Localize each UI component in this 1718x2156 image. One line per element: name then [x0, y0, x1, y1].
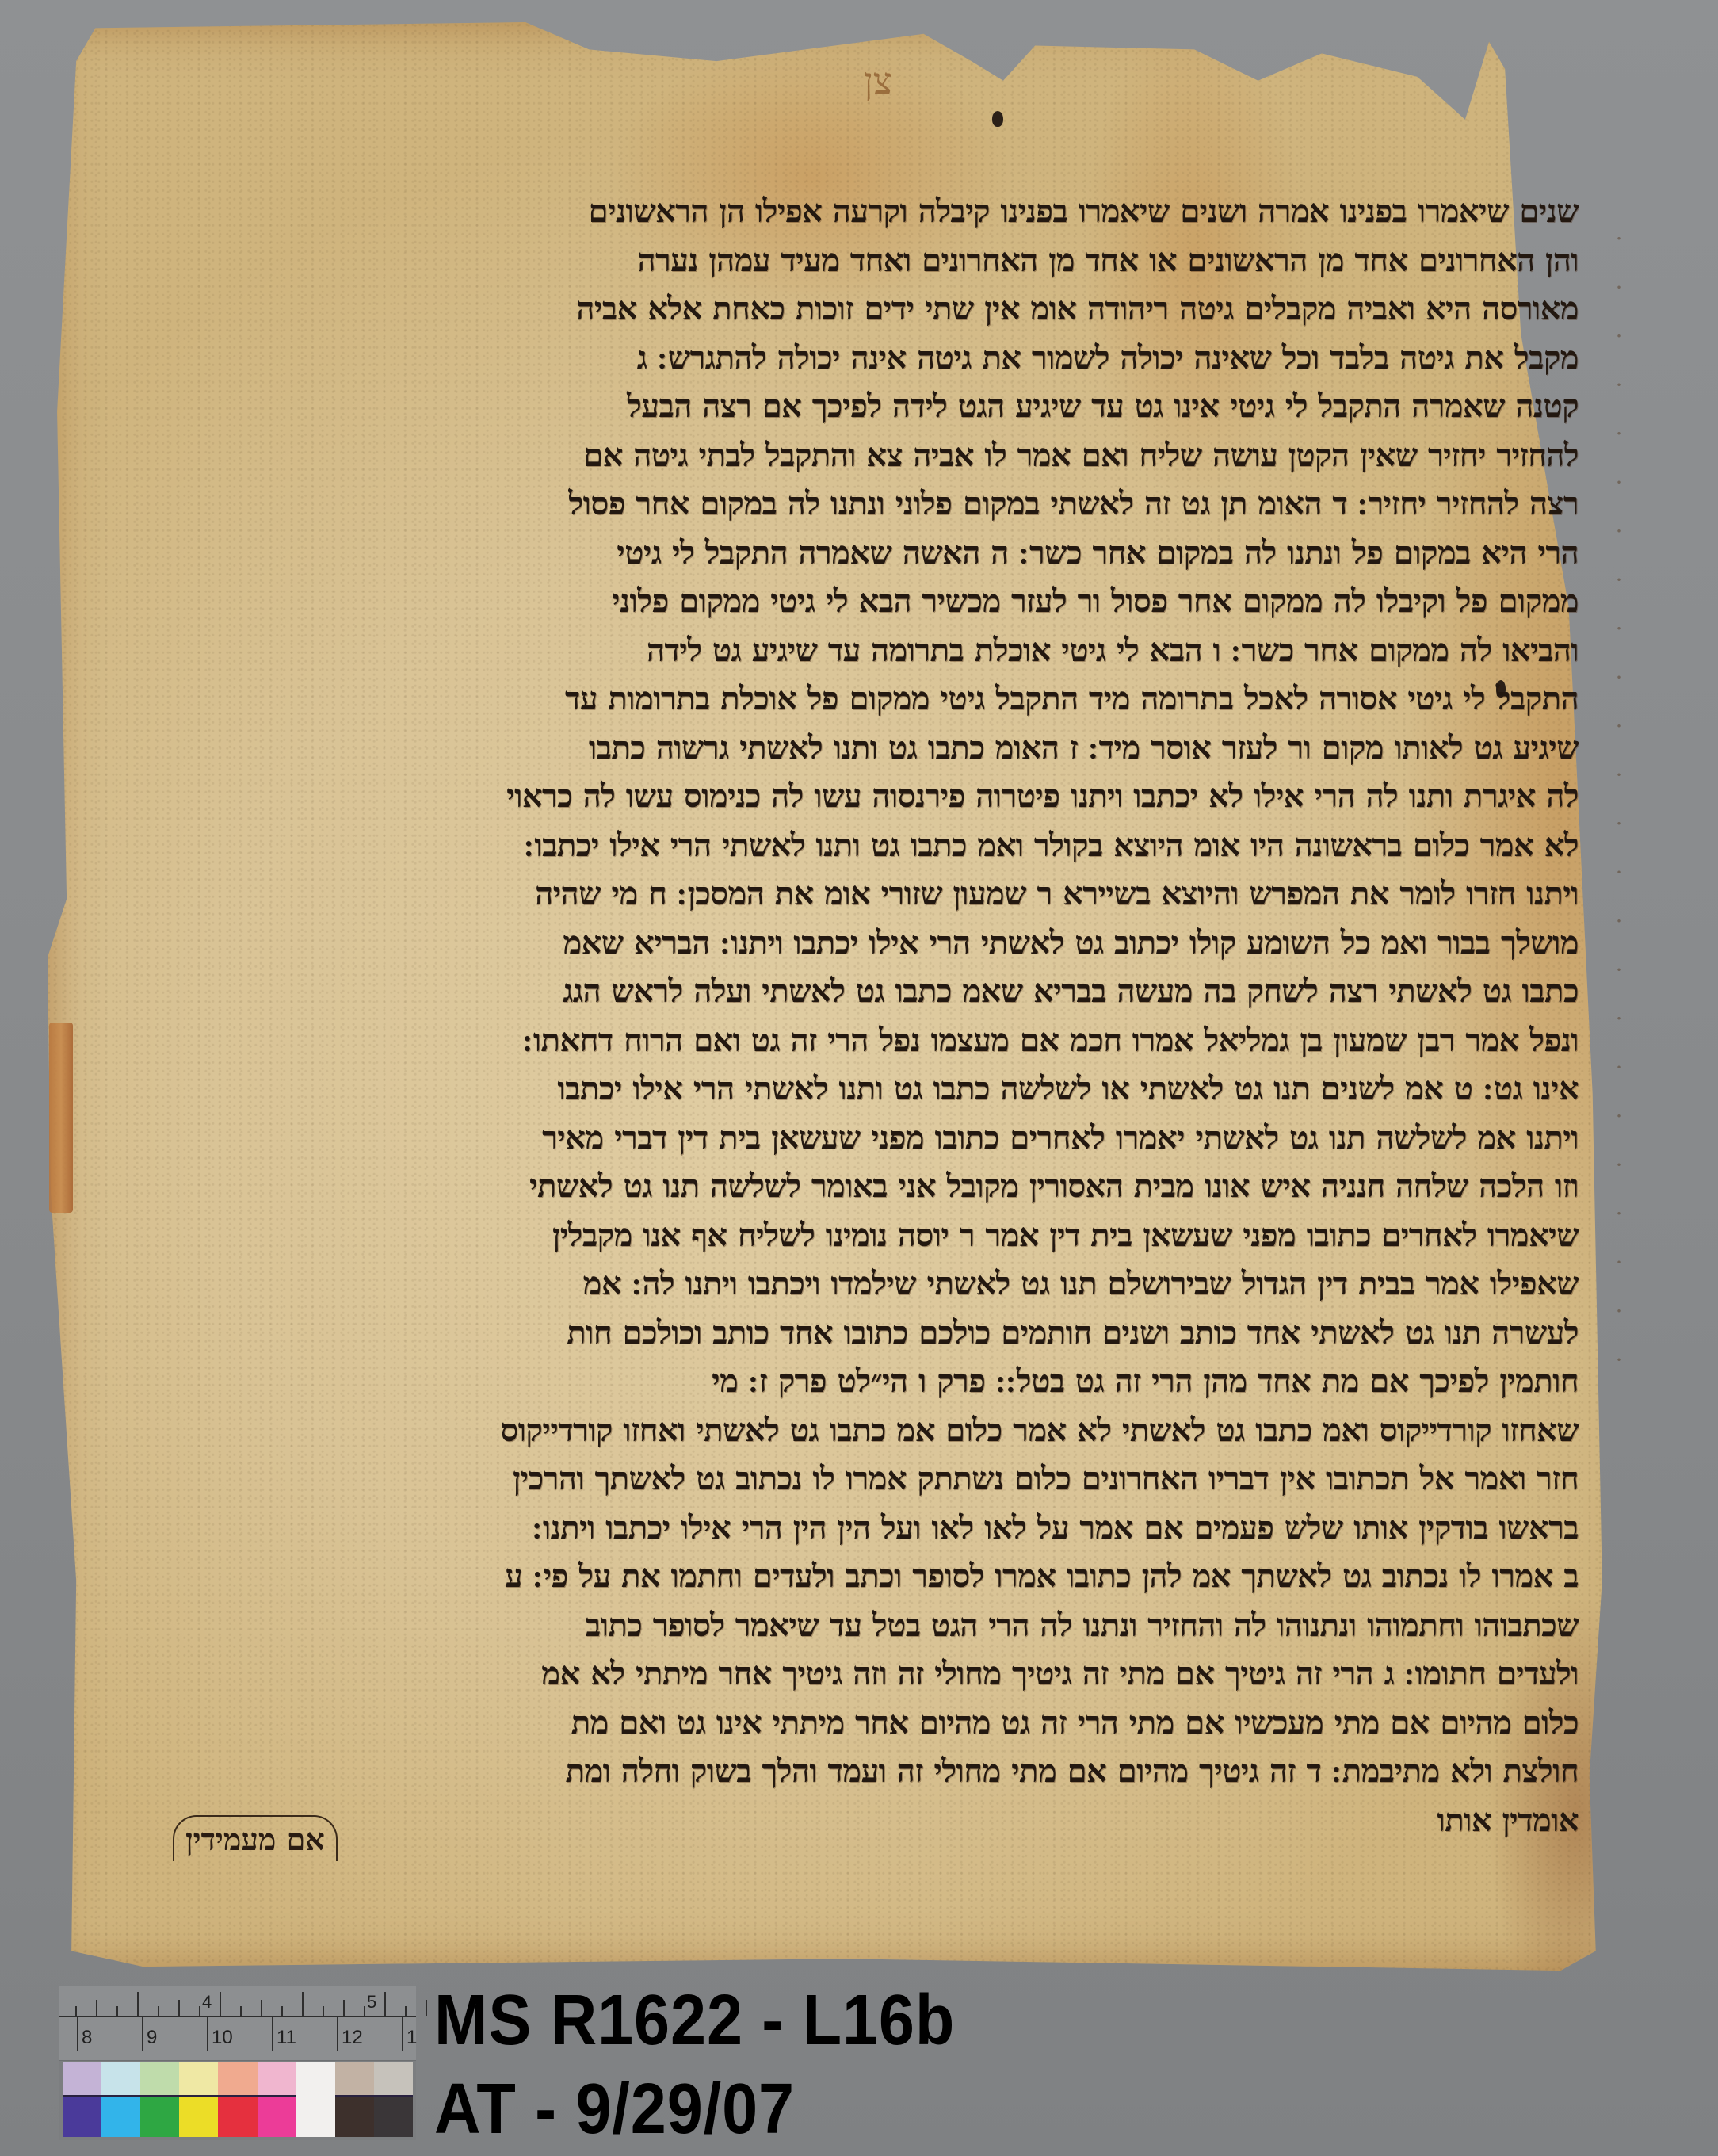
color-swatch-brown: [335, 2062, 374, 2137]
text-line: ויתנו חזרו לומר את המפרש והיוצא בשיירא ר…: [176, 870, 1579, 919]
color-swatch-gray: [374, 2062, 413, 2137]
photo-stage: צן שנים שיאמרו בפנינו אמרה ושנים שיאמרו …: [0, 0, 1718, 2156]
ruler-cm-label: 10: [212, 2027, 233, 2049]
folio-number: צן: [864, 59, 892, 102]
swatch-light: [335, 2062, 374, 2095]
text-line: לא אמר כלום בראשונה היו אומ היוצא בקולר …: [176, 821, 1579, 870]
swatch-dark: [218, 2095, 257, 2137]
text-line: ב אמרו לו נכתוב גט לאשתך אמ להן כתובו אמ…: [176, 1552, 1579, 1601]
ruler-tick: [343, 2000, 345, 2016]
manuscript-id-label: MS R1622 - L16b: [434, 1980, 955, 2062]
ruler-cm-tick: [272, 2017, 273, 2051]
ruler-tick: [178, 2000, 180, 2016]
text-line: כתבו גט לאשתי רצה לשחק בה מעשה בבריא שאמ…: [176, 967, 1579, 1016]
ruler-tick: [261, 2000, 262, 2016]
text-line: והן האחרונים אחד מן הראשונים או אחד מן ה…: [176, 236, 1579, 285]
ruler-tick: [323, 2006, 324, 2016]
ruler-cm-label: 11: [277, 2027, 296, 2049]
swatch-light: [101, 2062, 140, 2095]
ruler-tick: [302, 1992, 304, 2016]
swatch-light: [258, 2062, 296, 2095]
text-line: שאפילו אמר בבית דין הגדול שבירושלם תנו ג…: [176, 1260, 1579, 1309]
text-line: להחזיר יחזיר שאין הקטן עושה שליח ואם אמר…: [176, 431, 1579, 480]
swatch-light: [179, 2062, 218, 2095]
color-swatch-violet: [63, 2062, 101, 2137]
text-line: וזו הלכה שלחה חנניה איש אונו מבית האסורי…: [176, 1162, 1579, 1211]
text-line: ולעדים חתומו ׃ ג הרי זה גיטיך אם מתי זה …: [176, 1649, 1579, 1699]
ruler-cm-tick: [142, 2017, 143, 2051]
ruler-cm-tick: [207, 2017, 208, 2051]
ruling-prick-marks: [1617, 214, 1621, 1403]
swatch-light: [63, 2062, 101, 2095]
text-line: שכתבוהו וחתמוהו ונתנוהו לה והחזיר ונתנו …: [176, 1601, 1579, 1650]
ruler-scale: 45891011121: [59, 1986, 416, 2061]
text-line: והביאו לה ממקום אחר כשר ׃ ו הבא לי גיטי …: [176, 626, 1579, 675]
ruler-tick: [220, 1992, 221, 2016]
ruler-cm-tick: [337, 2017, 338, 2051]
text-line: התקבל לי גיטי אסורה לאכל בתרומה מיד התקב…: [176, 675, 1579, 724]
swatch-dark: [63, 2095, 101, 2137]
text-line: רצה להחזיר יחזיר ׃ ד האומ תן גט זה לאשתי…: [176, 480, 1579, 529]
ruler-tick: [96, 2000, 97, 2016]
color-chart: [59, 2061, 416, 2140]
catchword: אם מעמידין: [173, 1815, 338, 1861]
ruler-tick: [75, 2006, 77, 2016]
text-line: מאורסה היא ואביה מקבלים גיטה ריהודה אומ …: [176, 285, 1579, 334]
text-line: שאחזו קורדייקוס ואמ כתבו גט לאשתי לא אמר…: [176, 1406, 1579, 1455]
text-line: מקבל את גיטה בלבד וכל שאינה יכולה לשמור …: [176, 334, 1579, 383]
ruler-tick: [364, 2006, 365, 2016]
swatch-light: [218, 2062, 257, 2095]
color-swatch-red: [218, 2062, 257, 2137]
swatch-dark: [101, 2095, 140, 2137]
text-line: הרי היא במקום פל ונתנו לה במקום אחר כשר …: [176, 529, 1579, 578]
text-line: חותמין לפיכך אם מת אחד מהן הרי זה גט בטל…: [176, 1357, 1579, 1406]
ruler-tick: [116, 2006, 118, 2016]
color-swatch-white: [296, 2062, 335, 2137]
ruler-cm-label: 9: [147, 2027, 157, 2049]
text-line: ממקום פל וקיבלו לה ממקום אחר פסול ור לעז…: [176, 577, 1579, 626]
ruler-midline: [59, 2016, 416, 2017]
manuscript-text: שנים שיאמרו בפנינו אמרה ושנים שיאמרו בפנ…: [176, 187, 1579, 1844]
text-line: לעשרה תנו גט לאשתי אחד כותב ושנים חותמים…: [176, 1309, 1579, 1358]
photographer-date-label: AT - 9/29/07: [434, 2069, 795, 2150]
ruler-cm-label: 1: [407, 2027, 417, 2049]
color-swatch-green: [140, 2062, 179, 2137]
ruler-tick: [281, 2006, 283, 2016]
text-line: ונפל אמר רבן שמעון בן גמליאל אמרו חכמ אם…: [176, 1016, 1579, 1065]
color-swatch-yellow: [179, 2062, 218, 2137]
text-line: ויתנו אמ לשלשה תנו גט לאשתי יאמרו לאחרים…: [176, 1114, 1579, 1163]
color-swatch-magenta: [258, 2062, 296, 2137]
ruler-cm-label: 8: [82, 2027, 92, 2049]
text-line: שיגיע גט לאותו מקום ור לעזר אוסר מיד ׃ ז…: [176, 724, 1579, 773]
ruler-tick: [405, 2006, 407, 2016]
swatch-dark: [296, 2095, 335, 2137]
text-line: אינו גט ׃ ט אמ לשנים תנו גט לאשתי או לשל…: [176, 1065, 1579, 1114]
swatch-light: [374, 2062, 413, 2095]
ruler-inch-label: 5: [367, 1992, 376, 2013]
swatch-dark: [374, 2095, 413, 2137]
swatch-dark: [140, 2095, 179, 2137]
text-line: חזר ואמר אל תכתובו אין דבריו האחרונים כל…: [176, 1455, 1579, 1504]
ruler-tick: [199, 2006, 200, 2016]
calibration-target: 45891011121: [59, 1986, 416, 2140]
ruler-tick: [137, 1992, 139, 2016]
ruler-tick: [240, 2006, 242, 2016]
swatch-light: [140, 2062, 179, 2095]
swatch-light: [296, 2062, 335, 2095]
ruler-tick: [384, 1992, 386, 2016]
text-line: חולצת ולא מתיבמת ׃ ד זה גיטיך מהיום אם מ…: [176, 1747, 1579, 1796]
text-line: מושלך בבור ואמ כל השומע קולו יכתוב גט לא…: [176, 919, 1579, 968]
parchment-hole: [992, 111, 1003, 127]
text-line: בראשו בודקין אותו שלש פעמים אם אמר על לא…: [176, 1504, 1579, 1553]
text-line: קטנה שאמרה התקבל לי גיטי אינו גט עד שיגי…: [176, 382, 1579, 431]
swatch-dark: [335, 2095, 374, 2137]
ruler-cm-tick: [77, 2017, 78, 2051]
swatch-dark: [179, 2095, 218, 2137]
text-line: כלום מהיום אם מתי מעכשיו אם מתי הרי זה ג…: [176, 1699, 1579, 1748]
ruler-cm-tick: [402, 2017, 403, 2051]
text-line: אומדין אותו: [176, 1796, 1579, 1845]
swatch-dark: [258, 2095, 296, 2137]
ruler-tick: [158, 2006, 159, 2016]
ruler-cm-label: 12: [342, 2027, 363, 2049]
ruler-tick: [426, 2000, 427, 2016]
ruler-inch-label: 4: [202, 1992, 212, 2013]
text-line: שיאמרו לאחרים כתובו מפני שעשאן בית דין א…: [176, 1211, 1579, 1260]
text-line: שנים שיאמרו בפנינו אמרה ושנים שיאמרו בפנ…: [176, 187, 1579, 236]
repair-strip: [49, 1023, 73, 1213]
text-line: לה איגרת ותנו לה הרי אילו לא יכתבו ויתנו…: [176, 772, 1579, 821]
color-swatch-cyan: [101, 2062, 140, 2137]
